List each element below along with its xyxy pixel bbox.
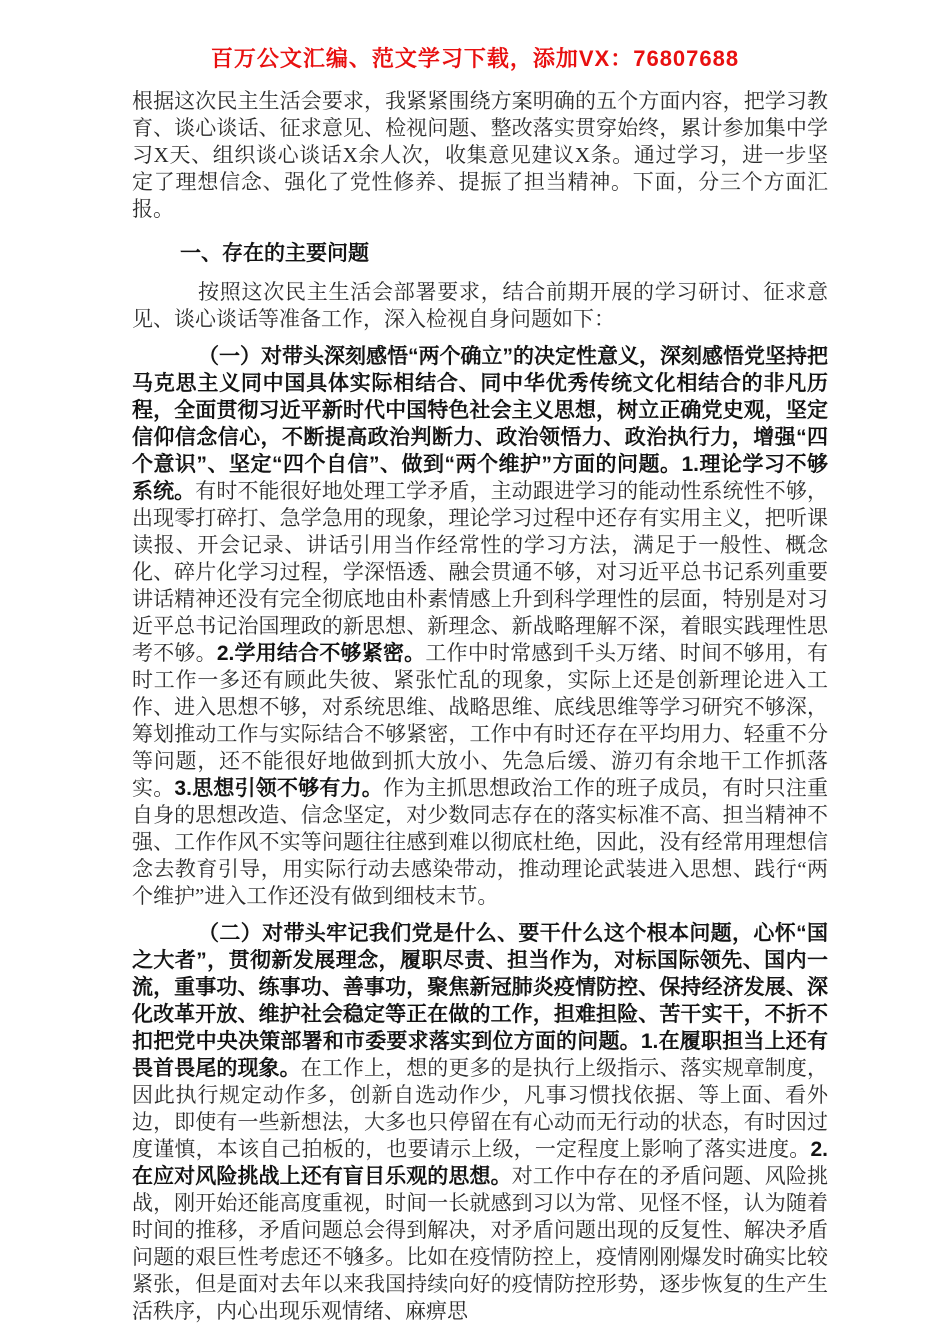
document-page: 百万公文汇编、范文学习下载，添加VX：76807688 根据这次民主生活会要求，…: [0, 0, 950, 1344]
section-heading: 一、存在的主要问题: [132, 237, 828, 269]
text-run: 按照这次民主生活会部署要求，结合前期开展的学习研讨、征求意见、谈心谈话等准备工作…: [132, 280, 828, 331]
document-body: 根据这次民主生活会要求，我紧紧围绕方案明确的五个方面内容，把学习教育、谈心谈话、…: [132, 88, 828, 1325]
bold-run: 一、存在的主要问题: [180, 242, 369, 265]
text-run: 根据这次民主生活会要求，我紧紧围绕方案明确的五个方面内容，把学习教育、谈心谈话、…: [132, 89, 828, 221]
paragraph: 按照这次民主生活会部署要求，结合前期开展的学习研讨、征求意见、谈心谈话等准备工作…: [132, 279, 828, 333]
paragraph: （二）对带头牢记我们党是什么、要干什么这个根本问题，心怀“国之大者”，贯彻新发展…: [132, 920, 828, 1325]
text-run: 有时不能很好地处理工学矛盾，主动跟进学习的能动性系统性不够，出现零打碎打、急学急…: [132, 479, 828, 665]
paragraph: 根据这次民主生活会要求，我紧紧围绕方案明确的五个方面内容，把学习教育、谈心谈话、…: [132, 88, 828, 223]
page-number: 1: [356, 1248, 365, 1268]
promo-banner: 百万公文汇编、范文学习下载，添加VX：76807688: [0, 0, 950, 72]
paragraph: （一）对带头深刻感悟“两个确立”的决定性意义，深刻感悟党坚持把马克思主义同中国具…: [132, 343, 828, 910]
bold-run: 2.学用结合不够紧密。: [217, 642, 426, 665]
bold-run: 3.思想引领不够有力。: [174, 777, 383, 800]
